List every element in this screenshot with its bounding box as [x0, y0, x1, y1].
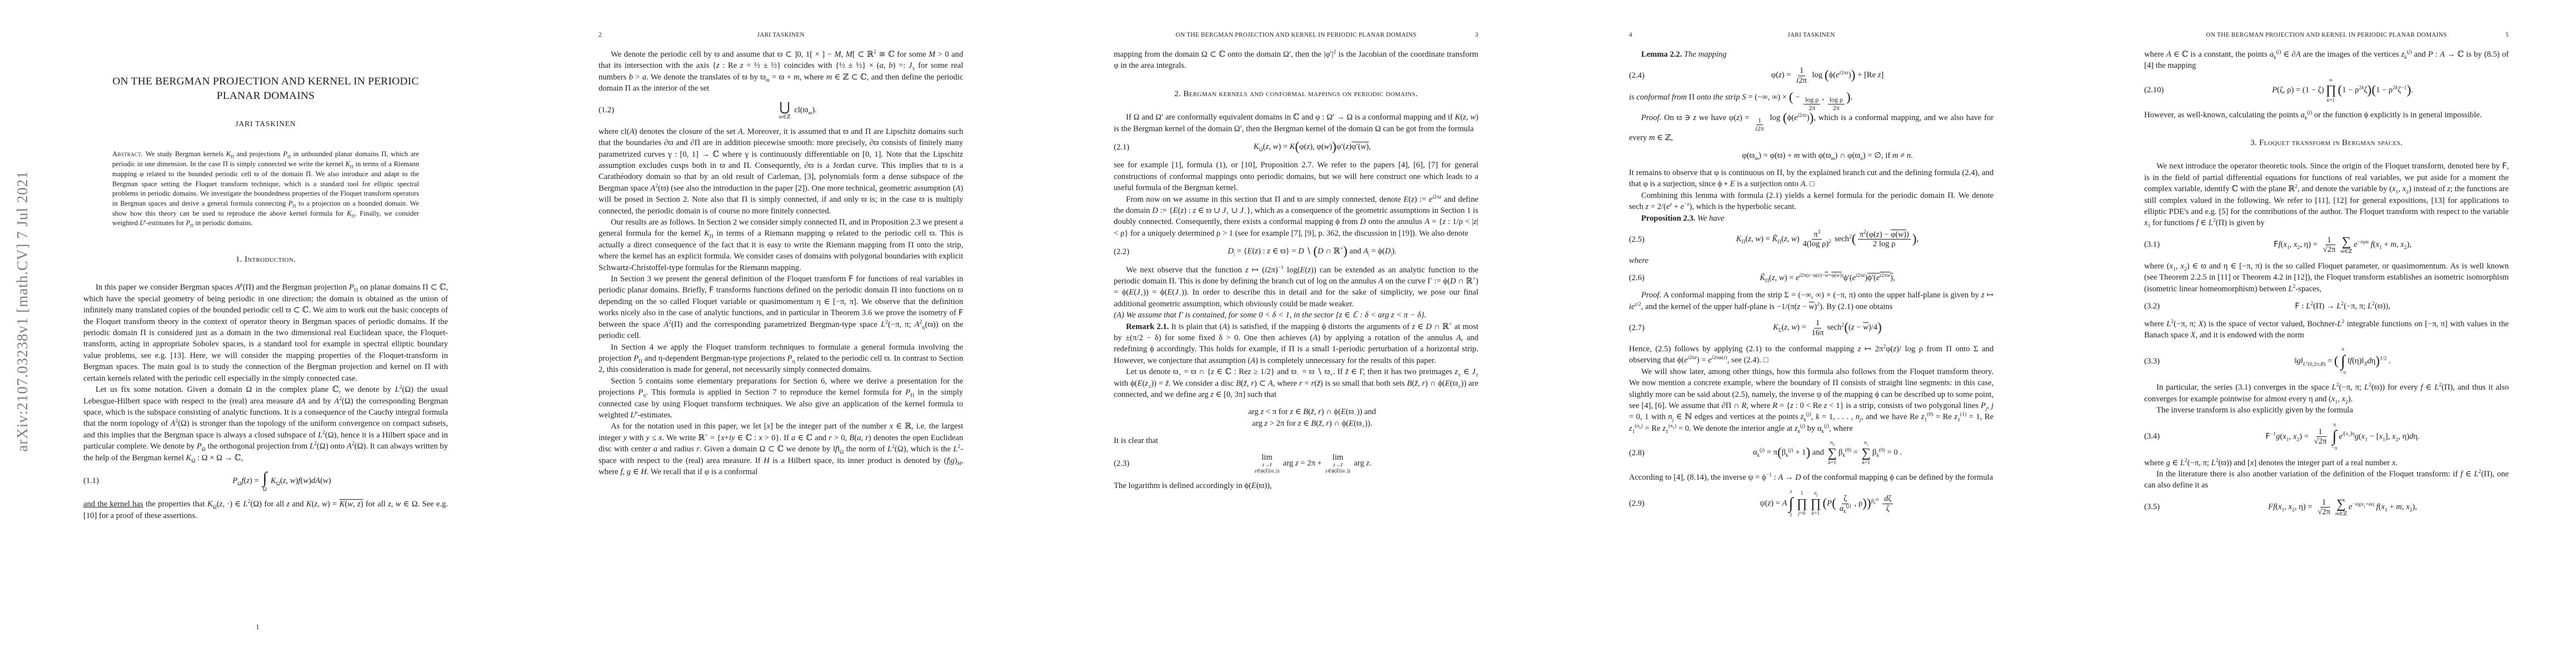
equation-number: (2.3) [1114, 458, 1146, 469]
paragraph: As for the notation used in this paper, … [599, 421, 963, 477]
paragraph: According to [4], (8.14), the inverse ψ … [1629, 472, 1994, 483]
equation-body: φ(ϖm) = φ(ϖ) + m with φ(ϖm) ∩ φ(ϖn) = ∅,… [1661, 150, 1994, 161]
paragraph: The inverse transform is also explicitly… [2144, 405, 2509, 416]
equation-display: (2.9) ψ(z) = Az∫11∏j=0nj∏k=1(P(ζak(j), ρ… [1629, 489, 1994, 518]
equation-display: (3.5) Ff(x1, x2, η) = 1√2π∑m∈ℤe−iη(x1+m)… [2144, 497, 2509, 517]
paragraph: Hence, (2.5) follows by applying (2.1) t… [1629, 344, 1994, 366]
paragraph: In Section 3 we present the general defi… [599, 273, 963, 341]
paragraph: We denote the periodic cell by ϖ and ass… [599, 49, 963, 94]
page-5-content: where A ∈ ℂ is a constant, the points ak… [2144, 0, 2509, 523]
equation-display: (2.6) K̃Π(z, w) = ei2π(z−φ(z)−w+φ(w))ϕ′(… [1629, 272, 1994, 283]
paper-author: JARI TASKINEN [83, 118, 448, 130]
paragraph: where [1629, 255, 1994, 266]
equation-number: (2.10) [2144, 84, 2176, 96]
equation-number: (3.1) [2144, 239, 2176, 250]
abstract-label: Abstract. [112, 150, 143, 158]
equation-body: P(ζ, ρ) = (1 − ζ)∞∏k=1(1 − ρ2kζ)(1 − ρ2k… [2176, 78, 2509, 103]
page-number: 1 [0, 621, 515, 633]
page-1: arXiv:2107.03238v1 [math.CV] 7 Jul 2021 … [0, 0, 515, 667]
equation-body: Ff(x1, x2, η) = 1√2π∑m∈ℤe−iηm f(x1 + m, … [2176, 235, 2509, 255]
section-heading-3: 3. Floquet transform in Bergman spaces. [2144, 137, 2509, 148]
paragraph: In this paper we consider Bergman spaces… [83, 282, 448, 384]
equation-display: (2.3) limz→z̃z∈ϕ(E(ϖ+)) arg z = 2π + lim… [1114, 453, 1478, 474]
equation-body: Ff(x1, x2, η) = 1√2π∑m∈ℤe−iη(x1+m) f(x1 … [2176, 497, 2509, 517]
equation-body: φ(z) = 1i2π log (ϕ(ei2πz)) + [Re z] [1661, 66, 1994, 85]
page-2-content: We denote the periodic cell by ϖ and ass… [599, 0, 963, 477]
equation-body: F−1g(x1, x2) = 1√2ππ∫−πei[x1]ηg(x1 − [x1… [2176, 422, 2509, 451]
equation-number: (2.4) [1629, 70, 1661, 81]
equation-number: (3.2) [2144, 301, 2176, 312]
paper-title: ON THE BERGMAN PROJECTION AND KERNEL IN … [91, 74, 440, 103]
paragraph: From now on we assume in this section th… [1114, 194, 1478, 240]
assumption-paragraph: (A) We assume that Γ is contained, for s… [1114, 310, 1478, 321]
equation-display: (3.4) F−1g(x1, x2) = 1√2ππ∫−πei[x1]ηg(x1… [2144, 422, 2509, 451]
paragraph: where A ∈ ℂ is a constant, the points ak… [2144, 49, 2509, 72]
paragraph: where L2(−π, π; X) is the space of vecto… [2144, 318, 2509, 341]
page-4: 4 JARI TASKINEN Lemma 2.2. The mapping (… [1546, 0, 2061, 667]
equation-number: (3.4) [2144, 431, 2176, 442]
paragraph: where g ∈ L2(−π, π; L2(ϖ)) and [x] denot… [2144, 457, 2509, 469]
equation-body: KΣ(z, w) = 116πsech2((z − w)/4) [1661, 318, 1994, 337]
equation-body: PΩf(z) = ∫Ω KΩ(z, w)f(w)dA(w) [116, 470, 448, 492]
paragraph: Let us denote ϖ+ = ϖ ∩ {z ∈ ℂ : Rez ≥ 1/… [1114, 366, 1478, 400]
page-3-content: mapping from the domain Ω ⊂ ℂ onto the d… [1114, 0, 1478, 491]
equation-body: F : L2(Π) → L2(−π, π; L2(ϖ)), [2176, 301, 2509, 312]
paragraph: where (x1, x2) ∈ ϖ and η ∈ [−π, π) is th… [2144, 261, 2509, 295]
arxiv-watermark: arXiv:2107.03238v1 [math.CV] 7 Jul 2021 [17, 171, 28, 451]
page-2: 2 JARI TASKINEN We denote the periodic c… [515, 0, 1030, 667]
equation-display: (1.1) PΩf(z) = ∫Ω KΩ(z, w)f(w)dA(w) [83, 470, 448, 492]
equation-display: (2.2) D| = {E(z) : z ∈ ϖ} = D ∖ (D ∩ ℝ+)… [1114, 245, 1478, 258]
paragraph: If Ω and Ω′ are conformally equivalent d… [1114, 112, 1478, 135]
equation-body: ⋃m∈ℤ cl(ϖm). [631, 101, 963, 120]
equation-number: (1.2) [599, 104, 631, 116]
paragraph: The logarithm is defined accordingly in … [1114, 480, 1478, 491]
equation-display: (2.1) KΩ(z, w) = K(φ(z), φ(w))φ′(z)φ′(w)… [1114, 141, 1478, 153]
abstract: Abstract. We study Bergman kernels KΠ an… [112, 150, 419, 228]
remark-paragraph: Remark 2.1. It is plain that (A) is sati… [1114, 321, 1478, 367]
page-5: ON THE BERGMAN PROJECTION AND KERNEL IN … [2061, 0, 2576, 667]
equation-display: φ(ϖm) = φ(ϖ) + m with φ(ϖm) ∩ φ(ϖn) = ∅,… [1629, 150, 1994, 161]
paper-spread: arXiv:2107.03238v1 [math.CV] 7 Jul 2021 … [0, 0, 2576, 667]
equation-display: (2.7) KΣ(z, w) = 116πsech2((z − w)/4) [1629, 318, 1994, 337]
equation-body: D| = {E(z) : z ∈ ϖ} = D ∖ (D ∩ ℝ+) and A… [1146, 245, 1478, 258]
proof-paragraph: Proof. A conformal mapping from the stri… [1629, 290, 1994, 312]
equation-number: (2.8) [1629, 447, 1661, 459]
equation-display: (2.4) φ(z) = 1i2π log (ϕ(ei2πz)) + [Re z… [1629, 66, 1994, 85]
equation-number: (3.3) [2144, 356, 2176, 367]
equation-display: (3.1) Ff(x1, x2, η) = 1√2π∑m∈ℤe−iηm f(x1… [2144, 235, 2509, 255]
section-heading-1: 1. Introduction. [83, 254, 448, 265]
equation-display: (2.10) P(ζ, ρ) = (1 − ζ)∞∏k=1(1 − ρ2kζ)(… [2144, 78, 2509, 103]
proposition-heading: Proposition 2.3. We have [1629, 213, 1994, 224]
paragraph: However, as well-known, calculating the … [2144, 109, 2509, 121]
equation-body: ψ(z) = Az∫11∏j=0nj∏k=1(P(ζak(j), ρ))βk(j… [1661, 489, 1994, 518]
page-3: ON THE BERGMAN PROJECTION AND KERNEL IN … [1030, 0, 1546, 667]
lemma-heading: Lemma 2.2. The mapping [1629, 49, 1994, 60]
proof-paragraph: Proof. On ϖ ∋ z we have φ(z) = 1i2π log … [1629, 112, 1994, 143]
paragraph: Section 5 contains some elementary prepa… [599, 376, 963, 421]
paragraph: We next observe that the function z ↦ (i… [1114, 265, 1478, 310]
paragraph: It remains to observe that φ is continuo… [1629, 167, 1994, 190]
paragraph: see for example [1], formula (1), or [10… [1114, 160, 1478, 193]
equation-body: αk(j) = π(βk(j) + 1) and n0∑k=1βk(0) = n… [1661, 440, 1994, 466]
paragraph: In the literature there is also another … [2144, 469, 2509, 491]
page-4-content: Lemma 2.2. The mapping (2.4) φ(z) = 1i2π… [1629, 0, 1994, 524]
paragraph: Let us fix some notation. Given a domain… [83, 384, 448, 464]
equation-number: (2.6) [1629, 272, 1661, 283]
equation-display: (3.2) F : L2(Π) → L2(−π, π; L2(ϖ)), [2144, 301, 2509, 312]
equation-body: K̃Π(z, w) = ei2π(z−φ(z)−w+φ(w))ϕ′(ei2πz)… [1661, 272, 1994, 283]
equation-display: (3.3) ‖g‖L2(0,2π;B) = (π∫−π‖f(η)‖Xdη)1/2… [2144, 347, 2509, 376]
equation-number: (2.5) [1629, 234, 1661, 245]
paragraph: We next introduce the operator theoretic… [2144, 161, 2509, 228]
paragraph: Our results are as follows. In Section 2… [599, 217, 963, 273]
equation-display: arg z < π for z ∈ B(z̃, r) ∩ ϕ(E(ϖ−)) an… [1114, 406, 1478, 429]
paragraph: We will show later, among other things, … [1629, 366, 1994, 434]
equation-number: (1.1) [83, 475, 116, 486]
paragraph: mapping from the domain Ω ⊂ ℂ onto the d… [1114, 49, 1478, 72]
equation-number: (2.2) [1114, 246, 1146, 257]
section-heading-2: 2. Bergman kernels and conformal mapping… [1114, 88, 1478, 99]
abstract-text: We study Bergman kernels KΠ and projecti… [112, 150, 419, 227]
equation-number: (2.1) [1114, 142, 1146, 153]
equation-display: (1.2) ⋃m∈ℤ cl(ϖm). [599, 101, 963, 120]
equation-number: (2.7) [1629, 322, 1661, 333]
equation-body: arg z < π for z ∈ B(z̃, r) ∩ ϕ(E(ϖ−)) an… [1146, 406, 1478, 429]
page-1-content: ON THE BERGMAN PROJECTION AND KERNEL IN … [83, 0, 448, 521]
equation-display: (2.8) αk(j) = π(βk(j) + 1) and n0∑k=1βk(… [1629, 440, 1994, 466]
equation-display: (2.5) KΠ(z, w) = K̃Π(z, w)π34(log ρ)2sec… [1629, 230, 1994, 249]
paragraph: where cl(A) denotes the closure of the s… [599, 126, 963, 217]
equation-number: (2.9) [1629, 498, 1661, 509]
equation-body: KΩ(z, w) = K(φ(z), φ(w))φ′(z)φ′(w), [1146, 141, 1478, 153]
paragraph: In Section 4 we apply the Floquet transf… [599, 342, 963, 376]
paragraph: It is clear that [1114, 435, 1478, 446]
equation-body: ‖g‖L2(0,2π;B) = (π∫−π‖f(η)‖Xdη)1/2 . [2176, 347, 2509, 376]
equation-body: limz→z̃z∈ϕ(E(ϖ+)) arg z = 2π + limz→z̃z∈… [1146, 453, 1478, 474]
paragraph: and the kernel has the properties that K… [83, 499, 448, 521]
paragraph: Combining this lemma with formula (2.1) … [1629, 190, 1994, 213]
equation-number: (3.5) [2144, 501, 2176, 512]
paragraph: is conformal from Π onto the strip S = (… [1629, 91, 1994, 112]
paragraph: In particular, the series (3.1) converge… [2144, 382, 2509, 405]
equation-body: KΠ(z, w) = K̃Π(z, w)π34(log ρ)2sech2(π2(… [1661, 230, 1994, 249]
